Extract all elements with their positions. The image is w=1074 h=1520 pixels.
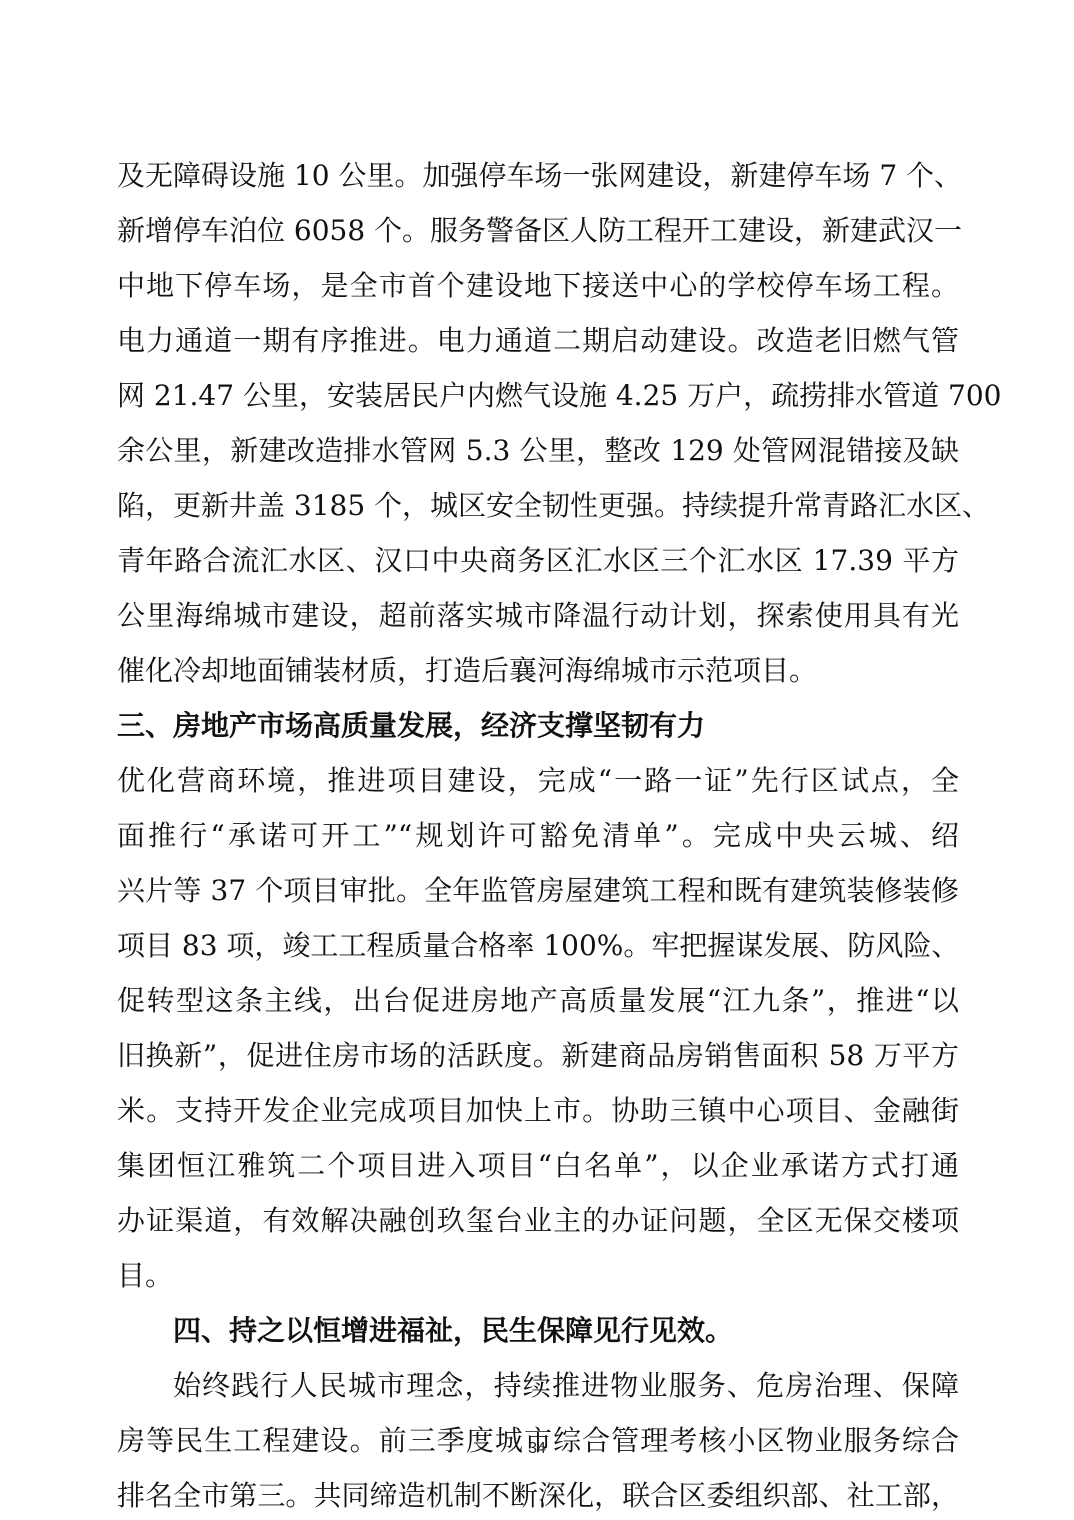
text-line: 网 21.47 公里，安装居民户内燃气设施 4.25 万户，疏捞排水管道 700: [117, 368, 959, 423]
text-line: 促转型这条主线，出台促进房地产高质量发展“江九条”，推进“以: [117, 973, 959, 1028]
text-line: 面推行“承诺可开工”“规划许可豁免清单”。完成中央云城、绍: [117, 808, 959, 863]
text-line: 新增停车泊位 6058 个。服务警备区人防工程开工建设，新建武汉一: [117, 203, 959, 258]
section-heading: 三、房地产市场高质量发展，经济支撑坚韧有力: [117, 698, 959, 753]
text-line: 余公里，新建改造排水管网 5.3 公里，整改 129 处管网混错接及缺: [117, 423, 959, 478]
text-line: 陷，更新井盖 3185 个，城区安全韧性更强。持续提升常青路汇水区、: [117, 478, 959, 533]
text-line: 排名全市第三。共同缔造机制不断深化，联合区委组织部、社工部，: [117, 1468, 959, 1520]
text-line: 青年路合流汇水区、汉口中央商务区汇水区三个汇水区 17.39 平方: [117, 533, 959, 588]
section-4: 四、持之以恒增进福祉，民生保障见行见效。 始终践行人民城市理念，持续推进物业服务…: [117, 1303, 959, 1520]
text-line: 米。支持开发企业完成项目加快上市。协助三镇中心项目、金融街: [117, 1083, 959, 1138]
text-line: 催化冷却地面铺装材质，打造后襄河海绵城市示范项目。: [117, 643, 959, 698]
text-line: 兴片等 37 个项目审批。全年监管房屋建筑工程和既有建筑装修装修: [117, 863, 959, 918]
text-line: 优化营商环境，推进项目建设，完成“一路一证”先行区试点，全: [117, 753, 959, 808]
text-line: 旧换新”，促进住房市场的活跃度。新建商品房销售面积 58 万平方: [117, 1028, 959, 1083]
text-line: 公里海绵城市建设，超前落实城市降温行动计划，探索使用具有光: [117, 588, 959, 643]
text-line: 集团恒江雅筑二个项目进入项目“白名单”，以企业承诺方式打通: [117, 1138, 959, 1193]
text-line: 始终践行人民城市理念，持续推进物业服务、危房治理、保障: [117, 1358, 959, 1413]
text-line: 中地下停车场，是全市首个建设地下接送中心的学校停车场工程。: [117, 258, 959, 313]
text-line: 及无障碍设施 10 公里。加强停车场一张网建设，新建停车场 7 个、: [117, 148, 959, 203]
section-heading: 四、持之以恒增进福祉，民生保障见行见效。: [117, 1303, 959, 1358]
page-number: 34: [0, 1440, 1074, 1458]
text-line: 电力通道一期有序推进。电力通道二期启动建设。改造老旧燃气管: [117, 313, 959, 368]
document-page: 及无障碍设施 10 公里。加强停车场一张网建设，新建停车场 7 个、 新增停车泊…: [117, 148, 959, 1520]
text-line: 办证渠道，有效解决融创玖玺台业主的办证问题，全区无保交楼项: [117, 1193, 959, 1248]
section-3: 三、房地产市场高质量发展，经济支撑坚韧有力 优化营商环境，推进项目建设，完成“一…: [117, 698, 959, 1303]
text-line: 项目 83 项，竣工工程质量合格率 100%。牢把握谋发展、防风险、: [117, 918, 959, 973]
text-line: 目。: [117, 1248, 959, 1303]
continued-paragraph: 及无障碍设施 10 公里。加强停车场一张网建设，新建停车场 7 个、 新增停车泊…: [117, 148, 959, 698]
